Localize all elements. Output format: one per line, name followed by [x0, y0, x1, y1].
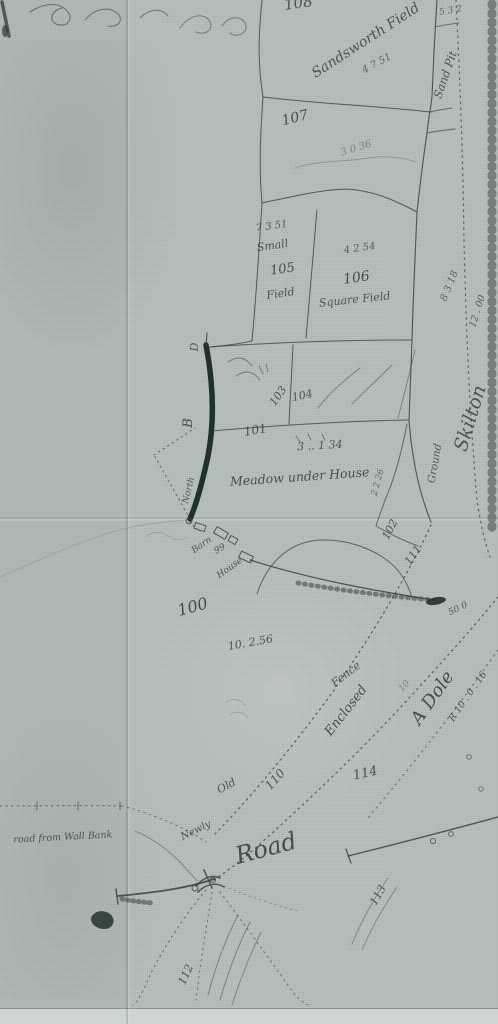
- label-field-107-acreage: 3 0 36: [339, 138, 373, 158]
- junction-ring: [192, 885, 198, 891]
- field-103-scribble: [228, 358, 268, 380]
- label-field-110: 110: [262, 766, 288, 793]
- label-field-107: 107: [280, 107, 310, 129]
- label-small: Small: [256, 237, 290, 254]
- branch-dotted-southwest: [133, 890, 206, 1005]
- survey-ring-mark: [430, 838, 435, 843]
- barn-rect: [214, 527, 229, 540]
- corner-ink-blob: [2, 25, 8, 37]
- label-field-100-acreage: 10. 2.56: [227, 632, 274, 653]
- map-paper: 108 Sandsworth Field 4 7 51 107 3 0 36 7…: [0, 0, 498, 1024]
- label-wall-bank-road: road from Wall Bank: [13, 829, 113, 845]
- branch-dotted-east: [224, 886, 298, 911]
- lane-cross-rung: [427, 129, 455, 133]
- label-old: Old: [215, 776, 238, 797]
- label-enclosed: Enclosed: [321, 683, 370, 740]
- boundary-sandsworth-107: [263, 97, 430, 112]
- label-newly: Newly: [178, 819, 213, 844]
- label-106-acreage: 4 2 54: [342, 241, 376, 256]
- label-top-right-figure: 5 3 2: [439, 4, 464, 18]
- field-104-scribble: [318, 350, 415, 418]
- label-square-field: Square Field: [318, 289, 391, 309]
- survey-ring-mark: [449, 832, 454, 837]
- label-road: Road: [231, 827, 299, 870]
- label-lane-name: Skilton: [450, 383, 491, 454]
- survey-ring-mark: [467, 755, 472, 760]
- fence-tick-marks: [298, 583, 432, 600]
- lane-right-dotted-edge: [456, 0, 490, 557]
- survey-ink-blob: [425, 596, 446, 607]
- boundary-105-106: [306, 210, 317, 338]
- label-letter-d: D: [188, 342, 201, 352]
- label-meadow-acreage: 3 .. 1 34: [297, 438, 343, 453]
- label-right-acreage: 8 3 18: [439, 269, 461, 303]
- flourish-squiggle: [180, 16, 246, 35]
- label-field-100: 100: [175, 594, 209, 620]
- large-ink-blot: [91, 911, 114, 929]
- pencil-boundary-curve: [0, 520, 189, 577]
- label-small-field: Field: [265, 285, 296, 302]
- outbuilding-rect: [194, 522, 206, 531]
- label-field-106: 106: [342, 268, 371, 288]
- flourish-squiggle: [30, 5, 70, 26]
- label-field-108: 108: [283, 0, 314, 14]
- branch-dotted-south: [196, 892, 212, 1000]
- label-field-105: 105: [269, 260, 296, 278]
- label-field-114: 114: [352, 764, 379, 784]
- map-drawing: 108 Sandsworth Field 4 7 51 107 3 0 36 7…: [0, 0, 498, 1024]
- boundary-103-104-bottom: [211, 420, 409, 431]
- outbuilding-rect: [228, 535, 238, 544]
- boundary-107-105: [262, 189, 417, 212]
- pencil-word-scribble: [147, 532, 187, 539]
- boundary-107-left: [260, 97, 263, 203]
- boundary-103-104: [289, 345, 293, 424]
- label-chain-measure: 50 0: [447, 600, 470, 618]
- new-road-end-bar: [116, 889, 118, 904]
- label-meadow-under-house: Meadow under House: [229, 464, 370, 489]
- label-field-103: 103: [267, 384, 290, 409]
- label-house: House: [214, 556, 244, 581]
- label-105-acreage: 7 3 51: [255, 219, 288, 234]
- branch-dotted-southeast: [220, 892, 308, 1005]
- lane-cross-rung: [430, 108, 452, 112]
- label-sandsworth-acreage: 4 7 51: [359, 51, 393, 76]
- field-112-script-squiggle: [208, 915, 261, 1005]
- pencil-scribble: [225, 699, 248, 718]
- label-field-101: 101: [243, 421, 268, 439]
- label-barn-number: 99: [213, 542, 228, 557]
- label-field-102-acreage: 2 2 26: [369, 468, 386, 498]
- wallbank-cross-ticks: [37, 802, 120, 810]
- label-barn: Barn: [189, 535, 214, 557]
- boundary-sandsworth-left: [259, 0, 263, 97]
- label-field-104: 104: [291, 387, 314, 404]
- label-field-112: 112: [175, 962, 196, 987]
- fence-survey-line: [250, 560, 434, 600]
- southeast-boundary-line: [348, 817, 498, 856]
- survey-ring-mark: [479, 787, 483, 791]
- label-extra-10: 10: [397, 679, 412, 694]
- label-right-measure: 12 . 00: [467, 294, 488, 329]
- illegible-script-squiggle: [295, 157, 416, 168]
- label-sand-pit: Sand Pit: [431, 49, 460, 100]
- label-ground: Ground: [426, 442, 445, 484]
- label-letter-b: B: [181, 418, 196, 429]
- lane-cross-rung: [435, 23, 459, 27]
